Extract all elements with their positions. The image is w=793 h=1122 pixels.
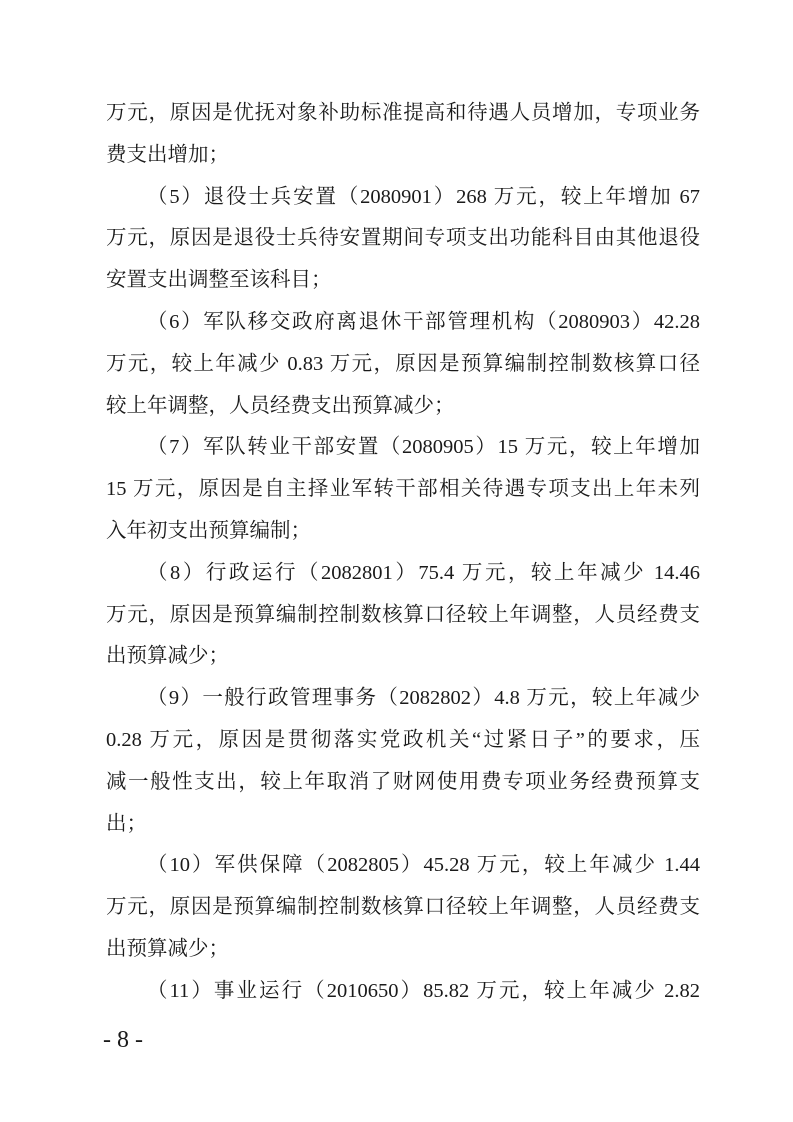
text-line: 万元，原因是优抚对象补助标准提高和待遇人员增加，专项业务 [106,93,700,135]
document-page: 万元，原因是优抚对象补助标准提高和待遇人员增加，专项业务费支出增加；（5）退役士… [0,0,793,1122]
text-line: 万元，较上年减少 0.83 万元，原因是预算编制控制数核算口径 [106,344,700,386]
text-line: 入年初支出预算编制； [106,511,700,553]
text-line: （6）军队移交政府离退休干部管理机构（2080903）42.28 [106,302,700,344]
text-line: 出； [106,804,700,846]
text-line: 出预算减少； [106,636,700,678]
text-line: （10）军供保障（2082805）45.28 万元，较上年减少 1.44 [106,845,700,887]
body-text-block: 万元，原因是优抚对象补助标准提高和待遇人员增加，专项业务费支出增加；（5）退役士… [106,93,700,1013]
text-line: 安置支出调整至该科目； [106,260,700,302]
text-line: 万元，原因是预算编制控制数核算口径较上年调整，人员经费支 [106,887,700,929]
text-line: （9）一般行政管理事务（2082802）4.8 万元，较上年减少 [106,678,700,720]
text-line: 减一般性支出，较上年取消了财网使用费专项业务经费预算支 [106,762,700,804]
text-line: 费支出增加； [106,135,700,177]
text-line: （11）事业运行（2010650）85.82 万元，较上年减少 2.82 [106,971,700,1013]
text-line: 出预算减少； [106,929,700,971]
text-line: （7）军队转业干部安置（2080905）15 万元，较上年增加 [106,427,700,469]
text-line: 万元，原因是预算编制控制数核算口径较上年调整，人员经费支 [106,595,700,637]
page-number: - 8 - [103,1027,143,1053]
text-line: 0.28 万元，原因是贯彻落实党政机关“过紧日子”的要求，压 [106,720,700,762]
text-line: （8）行政运行（2082801）75.4 万元，较上年减少 14.46 [106,553,700,595]
text-line: 万元，原因是退役士兵待安置期间专项支出功能科目由其他退役 [106,218,700,260]
text-line: （5）退役士兵安置（2080901）268 万元，较上年增加 67 [106,177,700,219]
text-line: 较上年调整，人员经费支出预算减少； [106,386,700,428]
text-line: 15 万元，原因是自主择业军转干部相关待遇专项支出上年未列 [106,469,700,511]
